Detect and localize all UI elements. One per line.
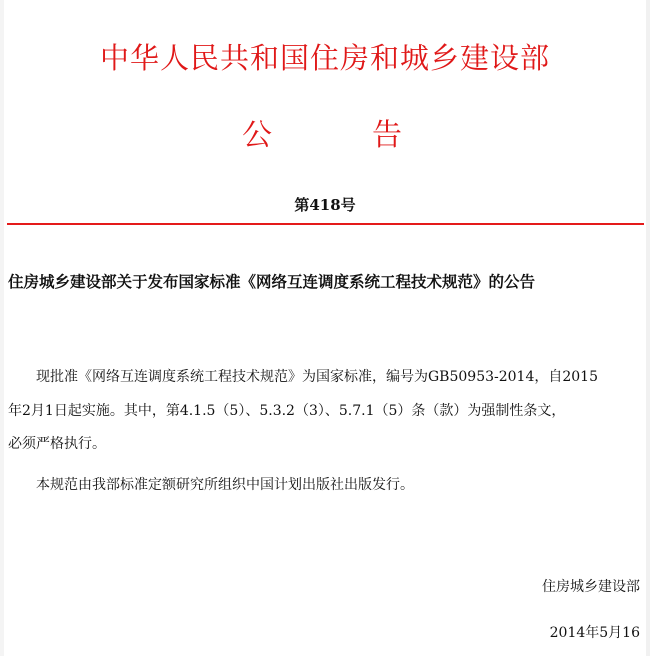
doc-type-char-2: 告 bbox=[372, 118, 402, 154]
issuer-heading: 中华人民共和国住房和城乡建设部 bbox=[0, 40, 650, 76]
doc-type-char-1: 公 bbox=[242, 118, 272, 154]
paragraph-2: 本规范由我部标准定额研究所组织中国计划出版社出版发行。 bbox=[36, 475, 650, 495]
notice-title: 住房城乡建设部关于发布国家标准《网络互连调度系统工程技术规范》的公告 bbox=[8, 271, 648, 293]
issue-date: 2014年5月16 bbox=[550, 623, 640, 643]
document-number: 第418号 bbox=[0, 195, 650, 215]
paragraph-1-line-2: 年2月1日起实施。其中，第4.1.5（5）、5.3.2（3）、5.7.1（5）条… bbox=[8, 401, 643, 421]
page-edge-left bbox=[0, 0, 4, 656]
red-divider bbox=[7, 223, 644, 225]
paragraph-1-line-3: 必须严格执行。 bbox=[8, 434, 643, 454]
signature: 住房城乡建设部 bbox=[542, 577, 640, 597]
paragraph-1-line-1: 现批准《网络互连调度系统工程技术规范》为国家标准，编号为GB50953-2014… bbox=[36, 367, 650, 387]
page-edge-right bbox=[646, 0, 650, 656]
